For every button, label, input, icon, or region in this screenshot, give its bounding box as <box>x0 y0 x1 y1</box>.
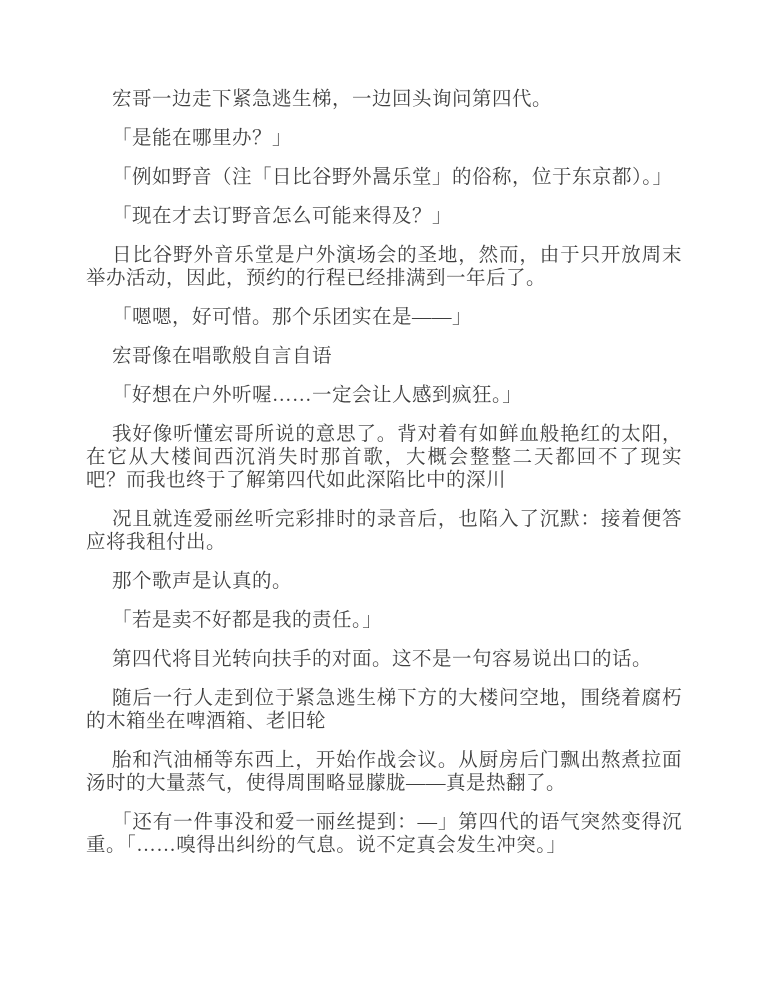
paragraph: 随后一行人走到位于紧急逃生梯下方的大楼问空地，围绕着腐朽的木箱坐在啤酒箱、老旧轮 <box>86 687 682 733</box>
paragraph: 「还有一件事没和爱一丽丝提到：—」第四代的语气突然变得沉重。「……嗅得出纠纷的气… <box>86 811 682 857</box>
paragraph: 那个歌声是认真的。 <box>86 570 682 593</box>
paragraph: 「好想在户外听喔……一定会让人感到疯狂。」 <box>86 384 682 407</box>
paragraph: 第四代将目光转向扶手的对面。这不是一句容易说出口的话。 <box>86 648 682 671</box>
paragraph: 「嗯嗯，好可惜。那个乐团实在是——」 <box>86 306 682 329</box>
paragraph: 宏哥像在唱歌般自言自语 <box>86 345 682 368</box>
paragraph: 宏哥一边走下紧急逃生梯，一边回头询问第四代。 <box>86 88 682 111</box>
paragraph: 况且就连爱丽丝听完彩排时的录音后，也陷入了沉默：接着便答应将我租付出。 <box>86 508 682 554</box>
paragraph: 「例如野音（注「日比谷野外暠乐堂」的俗称，位于东京都）。」 <box>86 166 682 189</box>
paragraph: 「是能在哪里办？」 <box>86 127 682 150</box>
paragraph: 日比谷野外音乐堂是户外演场会的圣地，然而，由于只开放周末举办活动，因此，预约的行… <box>86 244 682 290</box>
paragraph: 「若是卖不好都是我的责任。」 <box>86 609 682 632</box>
document-page: 宏哥一边走下紧急逃生梯，一边回头询问第四代。 「是能在哪里办？」 「例如野音（注… <box>86 88 682 873</box>
paragraph: 「现在才去订野音怎么可能来得及？」 <box>86 205 682 228</box>
paragraph: 胎和汽油桶等东西上，开始作战会议。从厨房后门飘出熬煮拉面汤时的大量蒸气，使得周围… <box>86 749 682 795</box>
paragraph: 我好像听懂宏哥所说的意思了。背对着有如鲜血般艳红的太阳，在它从大楼间西沉消失时那… <box>86 423 682 492</box>
